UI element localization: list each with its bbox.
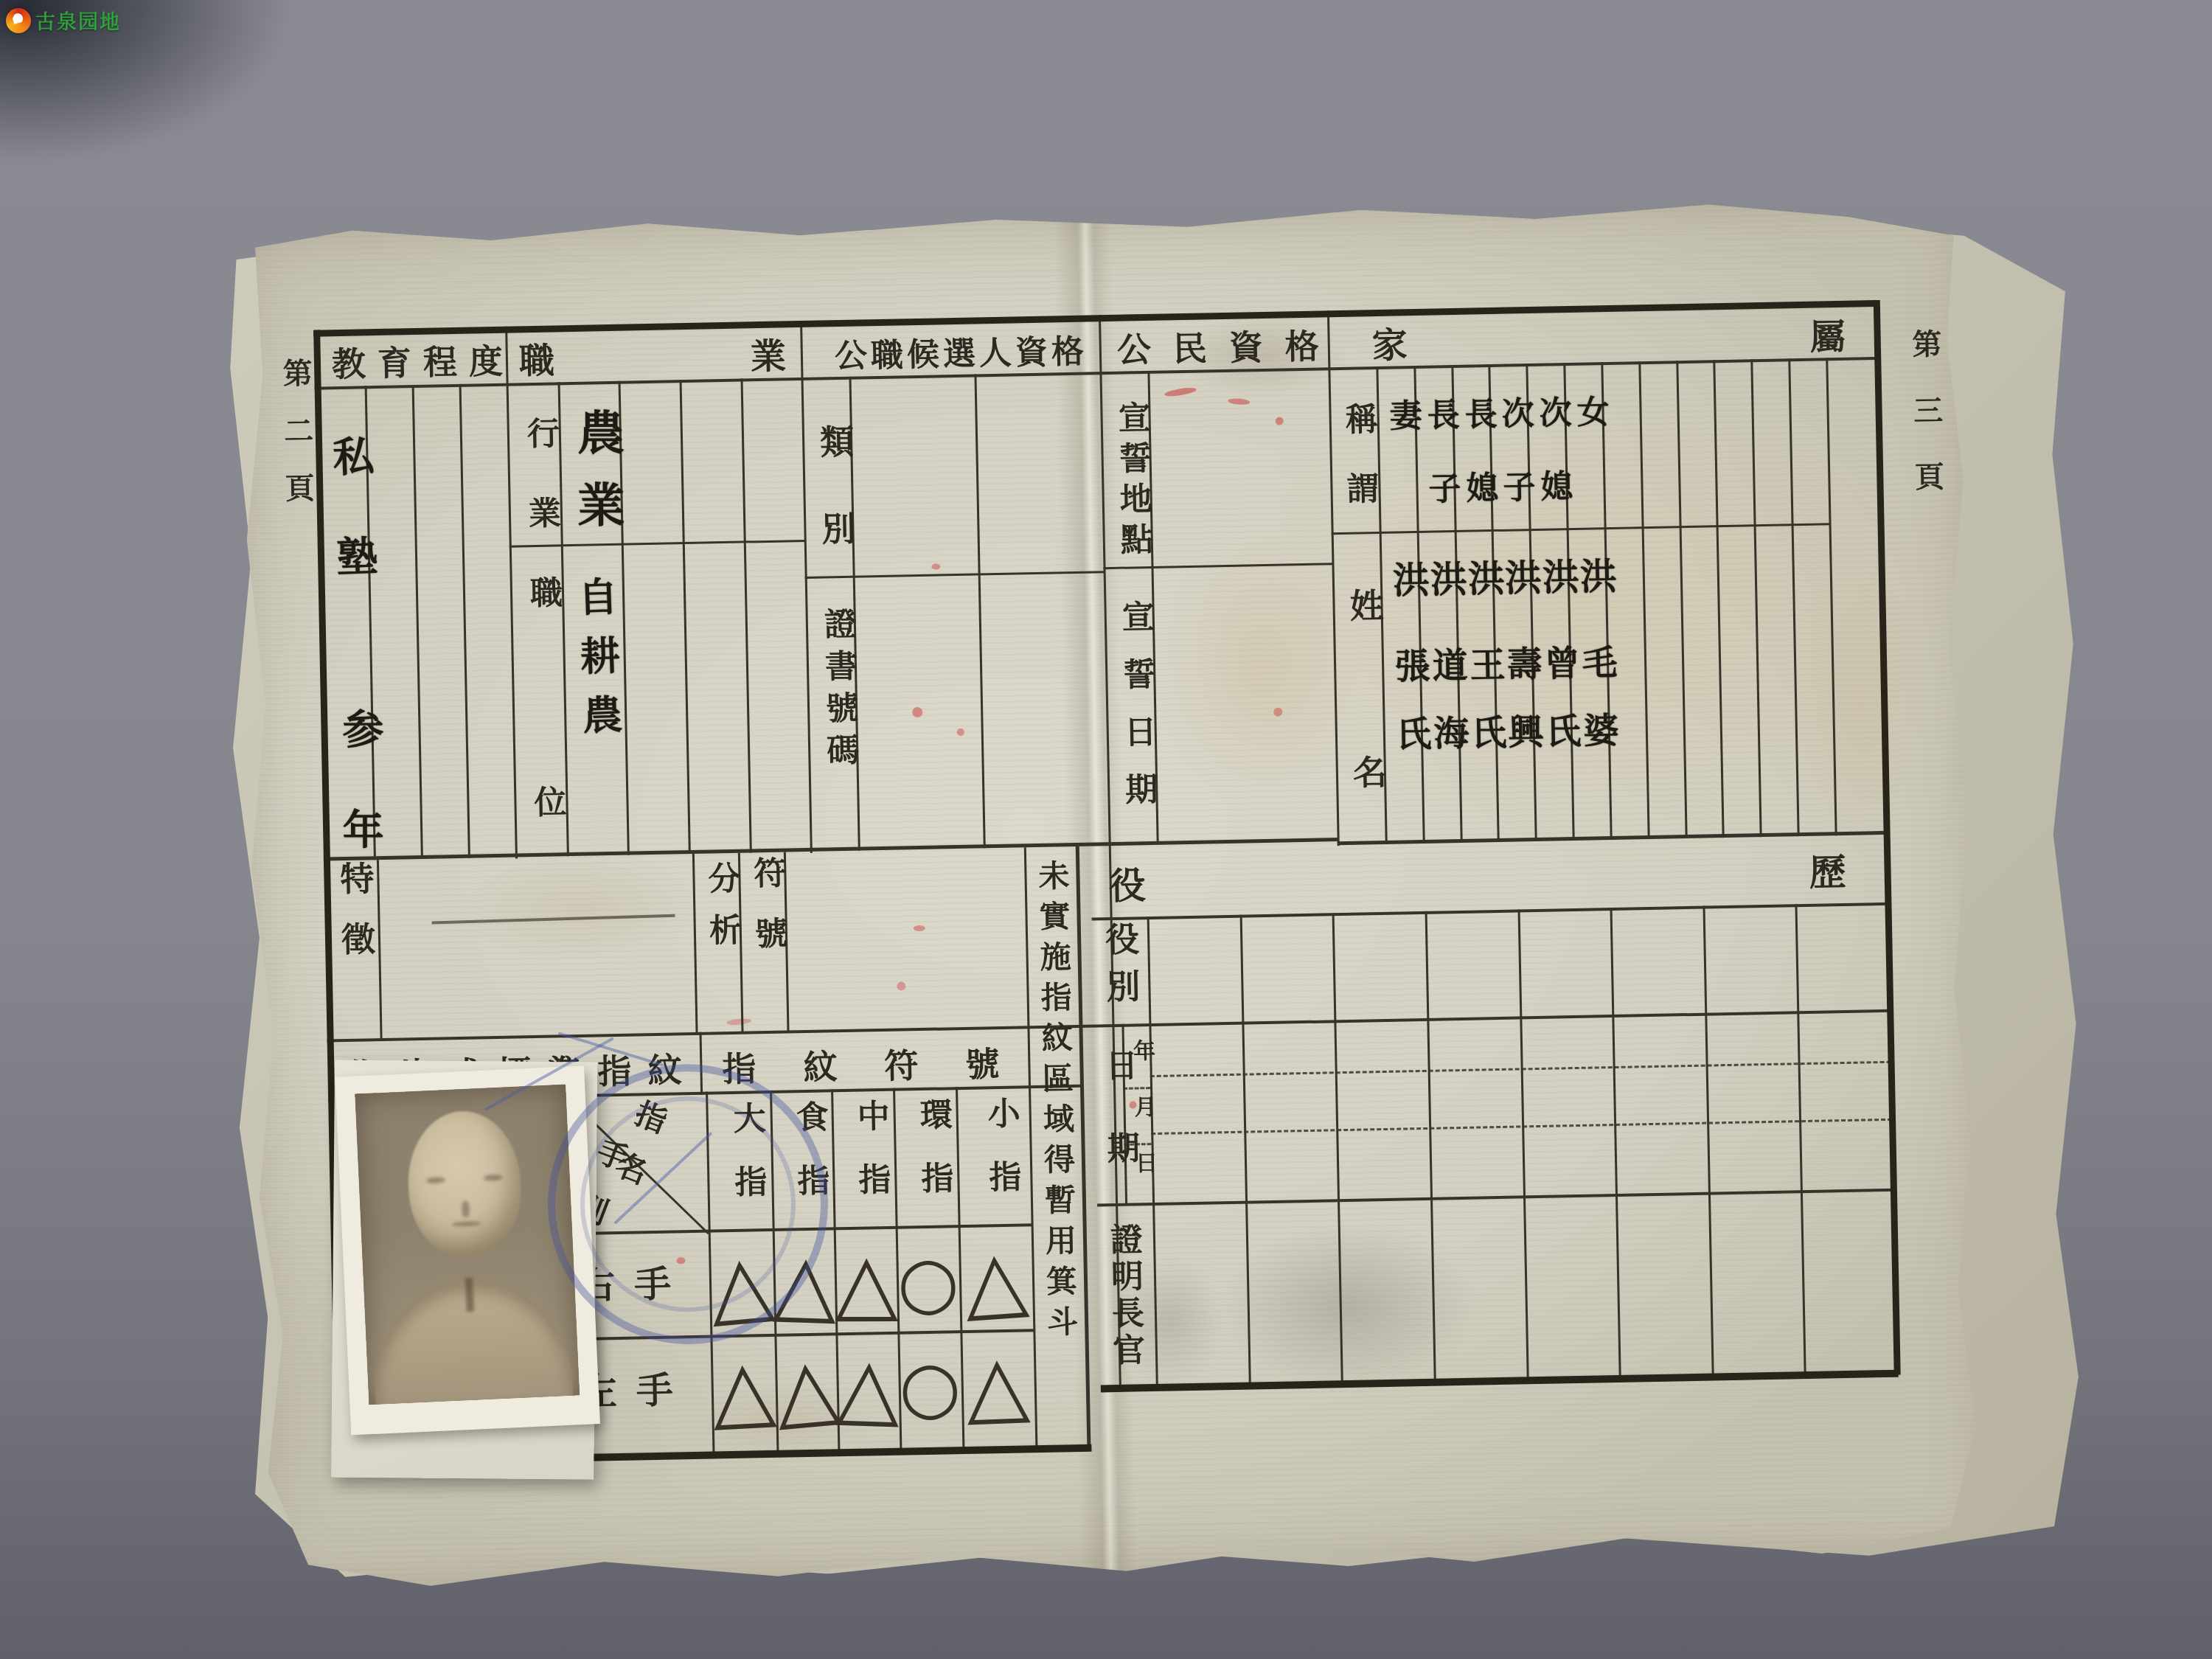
- certifying-officer-row-label: 證明長官: [1099, 1222, 1150, 1370]
- fingerprint-symbol: △: [771, 1335, 841, 1444]
- position-row-label: 職位: [519, 575, 574, 995]
- table-rule-line: [1703, 906, 1714, 1377]
- table-rule-line: [505, 327, 518, 859]
- table-rule-line: [800, 321, 813, 853]
- table-rule-line: [974, 374, 985, 848]
- left-page-number: 第二頁: [274, 358, 319, 531]
- portrait-face-features: [420, 1174, 511, 1229]
- table-rule-line: [680, 380, 691, 854]
- family-surname-row-label: 姓: [1339, 588, 1388, 622]
- family-member-title: 女: [1565, 394, 1614, 469]
- candidate-qualification-header: 公職候選人資格: [800, 324, 1133, 378]
- service-type-row-label: 役別: [1095, 921, 1145, 1016]
- finger-column-label: 環指: [908, 1097, 958, 1225]
- table-rule-line: [740, 379, 751, 853]
- portrait-image: [355, 1085, 580, 1405]
- fingerprint-symbol: △: [959, 1332, 1036, 1439]
- occupation-header: 職業: [505, 327, 814, 384]
- table-rule-line: [1750, 359, 1761, 837]
- education-header: 教育程度: [313, 334, 524, 386]
- position-entry: 自耕農: [566, 575, 630, 754]
- fingerprint-note-vertical: 未實施指紋區域得暫用箕斗: [1029, 859, 1082, 1346]
- fingerprint-symbol: △: [835, 1231, 897, 1335]
- photo-of-document: { "watermark": { "site_name": "古泉园地", "l…: [0, 0, 2212, 1659]
- analysis-symbol-label: 符號: [742, 855, 792, 977]
- family-member-name: 毛婆: [1571, 644, 1624, 780]
- service-history-header: 役歷: [1091, 842, 1891, 911]
- family-name-row-label: 名: [1342, 754, 1391, 789]
- table-rule-line: [459, 384, 470, 858]
- registration-form-sheet: 第二頁 第三頁 教育程度 職業 公職候選人資格 公民資格 家屬 役歷 像片或標準…: [230, 192, 1996, 1596]
- fingerprint-symbol: △: [956, 1227, 1036, 1335]
- site-watermark: 古泉园地: [6, 6, 121, 35]
- certificate-no-row-label: 證書號碼: [813, 607, 863, 776]
- fingerprint-symbol: ○: [895, 1229, 961, 1335]
- fingerprint-symbol: ○: [899, 1335, 961, 1439]
- family-member-surname: 洪: [1568, 557, 1622, 594]
- table-border-line: [1101, 1370, 1899, 1393]
- oath-place-row-label: 宣誓地點: [1107, 400, 1157, 563]
- table-rule-line: [1713, 360, 1724, 838]
- education-years-entry: 参年: [330, 708, 389, 908]
- right-page-number: 第三頁: [1903, 328, 1949, 528]
- finger-column-label: 小指: [976, 1096, 1026, 1223]
- watermark-site-name: 古泉园地: [35, 6, 121, 35]
- industry-row-label: 行業: [515, 416, 566, 576]
- table-rule-line: [1638, 361, 1649, 839]
- finger-column-label: 中指: [846, 1099, 895, 1226]
- table-rule-line: [1610, 908, 1621, 1378]
- table-rule-line: [1795, 904, 1806, 1374]
- analysis-label: 分析: [697, 861, 746, 965]
- table-rule-line: [1676, 361, 1687, 838]
- industry-entry: 農業: [563, 408, 630, 552]
- fingerprint-symbol: △: [835, 1335, 901, 1441]
- table-rule-line: [1097, 1189, 1895, 1207]
- watermark-swirl-icon: [6, 8, 31, 33]
- fingerprint-symbol: △: [709, 1338, 778, 1444]
- education-school-entry: 私塾: [320, 434, 386, 636]
- family-title-row-label: 稱謂: [1334, 402, 1384, 541]
- portrait-collar-line: [465, 1278, 474, 1312]
- oath-date-row-label: 宣誓日期: [1110, 599, 1162, 830]
- citizen-qualification-header: 公民資格: [1099, 319, 1346, 372]
- type-row-label: 類別: [810, 424, 862, 599]
- table-rule-line: [412, 385, 423, 859]
- date-units-label: 年月日: [1125, 1039, 1161, 1208]
- table-rule-line: [1518, 909, 1529, 1380]
